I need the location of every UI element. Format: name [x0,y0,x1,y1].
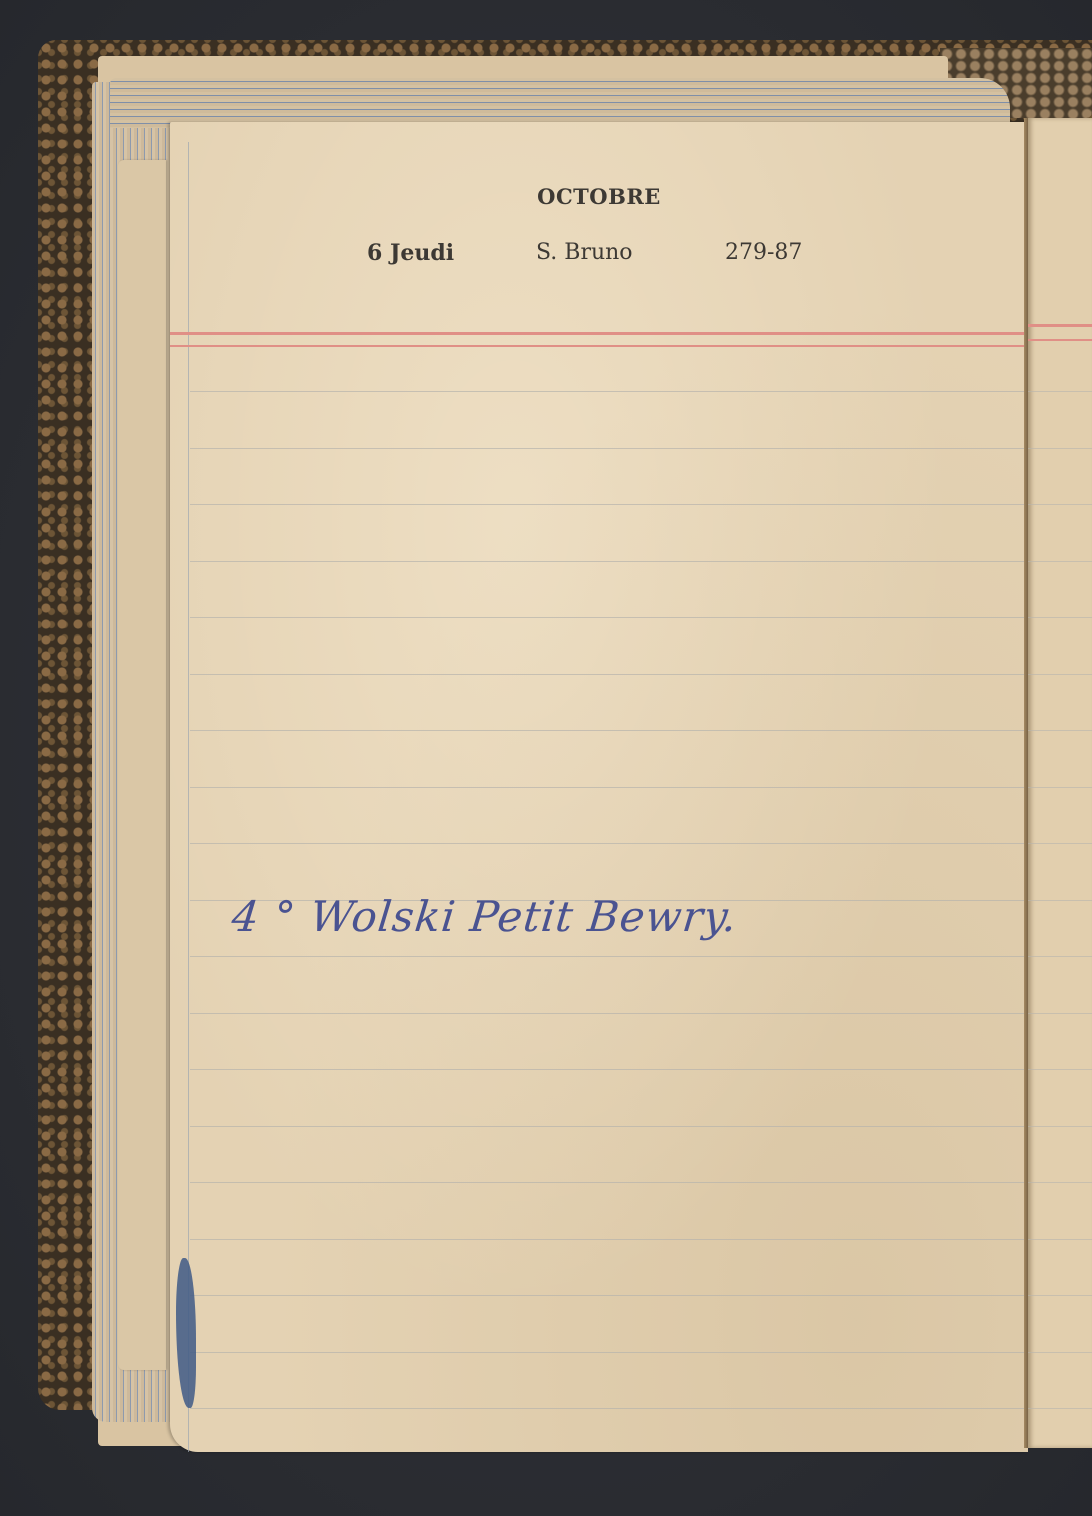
facing-ruled-line [1028,843,1092,844]
facing-ruled-line [1028,1239,1092,1240]
ruled-line [190,1408,1026,1409]
day-label: 6 Jeudi [367,240,454,266]
ruled-line [190,391,1026,392]
ruled-line [190,561,1026,562]
facing-ruled-line [1028,730,1092,731]
ruled-line [190,617,1026,618]
month-heading: OCTOBRE [170,184,1028,209]
saint-label: S. Bruno [536,240,633,265]
facing-ruled-line [1028,1069,1092,1070]
facing-ruled-line [1028,391,1092,392]
ruled-line [190,1295,1026,1296]
facing-ruled-line [1028,1408,1092,1409]
facing-red-rule-bottom [1028,339,1092,341]
handwritten-entry: 4 ° Wolski Petit Bewry. [229,892,739,941]
ruled-line [190,1126,1026,1127]
ruled-line [190,730,1026,731]
ruled-line [190,1239,1026,1240]
ruled-line [190,787,1026,788]
red-rule-top [170,332,1028,335]
facing-ruled-line [1028,1126,1092,1127]
ruled-line [190,1182,1026,1183]
page-stack-top-edges [110,78,1010,128]
facing-red-rule-top [1028,324,1092,327]
ruled-line [190,1013,1026,1014]
ruled-line [190,956,1026,957]
ruled-line [190,1352,1026,1353]
red-rule-bottom [170,345,1028,347]
facing-ruled-line [1028,1013,1092,1014]
ruled-line [190,1069,1026,1070]
ruled-line [190,504,1026,505]
facing-ruled-line [1028,787,1092,788]
diary-page: OCTOBRE 6 Jeudi S. Bruno 279-87 4 ° Wols… [170,122,1028,1452]
facing-ruled-line [1028,674,1092,675]
facing-ruled-line [1028,1182,1092,1183]
facing-ruled-line [1028,617,1092,618]
facing-ruled-line [1028,504,1092,505]
page-tab [118,160,166,1370]
facing-ruled-line [1028,956,1092,957]
facing-page [1028,118,1092,1448]
day-count-label: 279-87 [725,240,802,265]
margin-line [188,142,189,1452]
facing-ruled-line [1028,1352,1092,1353]
ruled-line [190,448,1026,449]
facing-ruled-line [1028,900,1092,901]
facing-ruled-line [1028,561,1092,562]
date-header-row: 6 Jeudi S. Bruno 279-87 [170,240,1028,270]
ruled-line [190,674,1026,675]
facing-ruled-line [1028,448,1092,449]
facing-ruled-line [1028,1295,1092,1296]
ruled-line [190,843,1026,844]
